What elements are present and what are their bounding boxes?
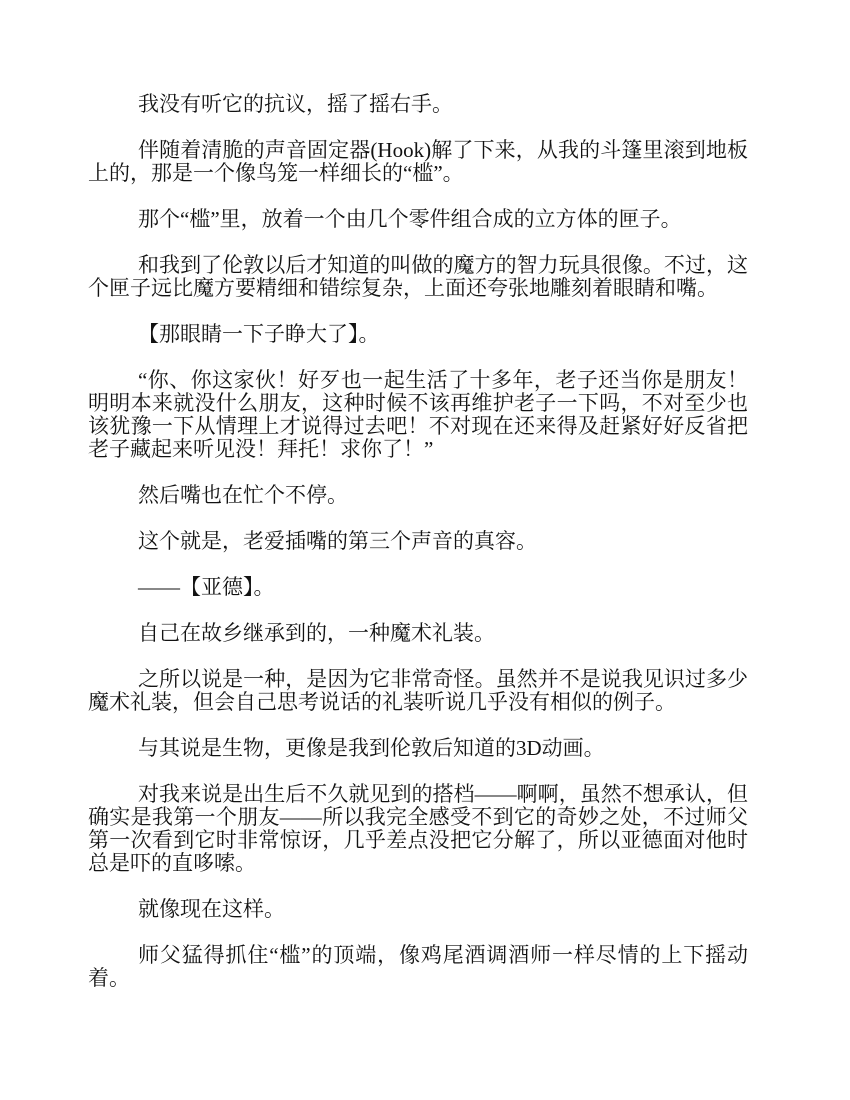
paragraph-6: “你、你这家伙！好歹也一起生活了十多年，老子还当你是朋友！明明本来就没什么朋友，… — [88, 369, 748, 461]
text-content: 我没有听它的抗议，摇了摇右手。 伴随着清脆的声音固定器(Hook)解了下来，从我… — [88, 93, 748, 1013]
paragraph-14: 就像现在这样。 — [88, 898, 748, 921]
paragraph-7: 然后嘴也在忙个不停。 — [88, 484, 748, 507]
paragraph-3: 那个“槛”里，放着一个由几个零件组合成的立方体的匣子。 — [88, 208, 748, 231]
paragraph-5: 【那眼睛一下子睁大了】。 — [88, 323, 748, 346]
paragraph-12: 与其说是生物，更像是我到伦敦后知道的3D动画。 — [88, 737, 748, 760]
paragraph-9: ——【亚德】。 — [88, 576, 748, 599]
paragraph-2: 伴随着清脆的声音固定器(Hook)解了下来，从我的斗篷里滚到地板上的，那是一个像… — [88, 139, 748, 185]
document-page: 我没有听它的抗议，摇了摇右手。 伴随着清脆的声音固定器(Hook)解了下来，从我… — [0, 0, 850, 1100]
paragraph-10: 自己在故乡继承到的，一种魔术礼装。 — [88, 622, 748, 645]
paragraph-13: 对我来说是出生后不久就见到的搭档——啊啊，虽然不想承认，但确实是我第一个朋友——… — [88, 783, 748, 875]
paragraph-11: 之所以说是一种，是因为它非常奇怪。虽然并不是说我见识过多少魔术礼装，但会自己思考… — [88, 668, 748, 714]
paragraph-1: 我没有听它的抗议，摇了摇右手。 — [88, 93, 748, 116]
paragraph-15: 师父猛得抓住“槛”的顶端，像鸡尾酒调酒师一样尽情的上下摇动着。 — [88, 944, 748, 990]
paragraph-8: 这个就是，老爱插嘴的第三个声音的真容。 — [88, 530, 748, 553]
paragraph-4: 和我到了伦敦以后才知道的叫做的魔方的智力玩具很像。不过，这个匣子远比魔方要精细和… — [88, 254, 748, 300]
